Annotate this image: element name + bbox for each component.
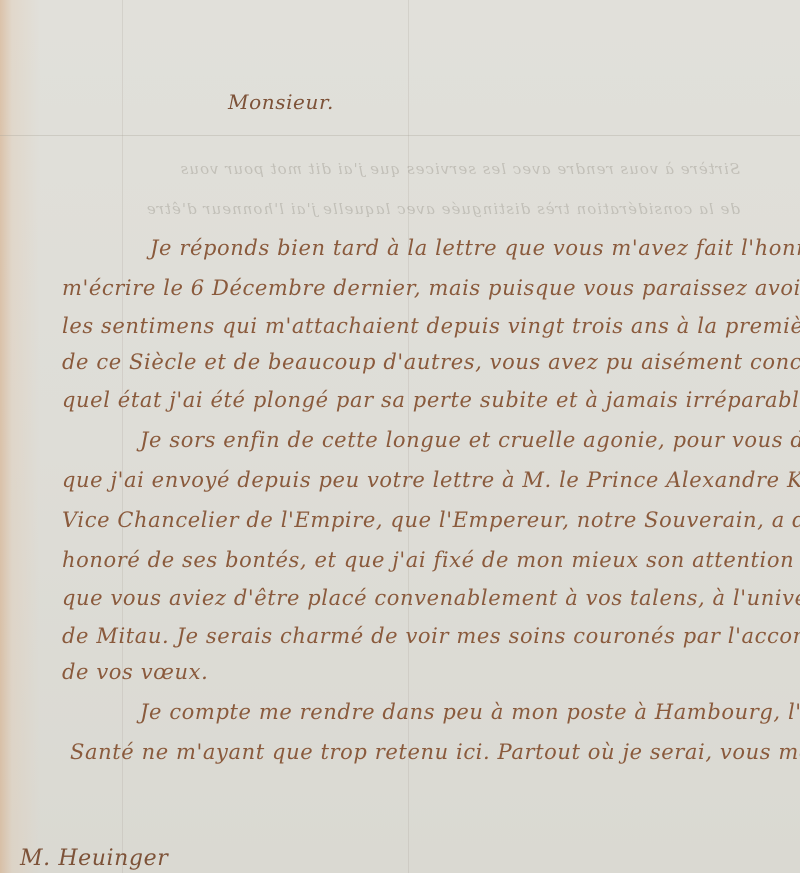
body-line: m'écrire le 6 Décembre dernier, mais pui… bbox=[62, 276, 800, 300]
body-line: Je compte me rendre dans peu à mon poste… bbox=[140, 700, 800, 724]
body-line: Santé ne m'ayant que trop retenu ici. Pa… bbox=[70, 740, 800, 764]
body-line: que vous aviez d'être placé convenableme… bbox=[62, 586, 800, 610]
body-line: de ce Siècle et de beaucoup d'autres, vo… bbox=[62, 350, 800, 374]
body-line: de Mitau. Je serais charmé de voir mes s… bbox=[62, 624, 800, 648]
body-line: Je sors enfin de cette longue et cruelle… bbox=[140, 428, 800, 452]
body-line: honoré de ses bontés, et que j'ai fixé d… bbox=[62, 548, 800, 572]
manuscript-page: Sirtère à vous rendre avec les services … bbox=[0, 0, 800, 873]
body-line: de vos vœux. bbox=[62, 660, 208, 684]
body-line: Vice Chancelier de l'Empire, que l'Emper… bbox=[62, 508, 800, 532]
paper-fold-line bbox=[0, 135, 800, 136]
salutation: Monsieur. bbox=[228, 90, 334, 114]
addressee: M. Heuinger bbox=[20, 846, 168, 871]
body-line: les sentimens qui m'attachaient depuis v… bbox=[62, 314, 800, 338]
body-line: que j'ai envoyé depuis peu votre lettre … bbox=[62, 468, 800, 492]
body-line: quel état j'ai été plongé par sa perte s… bbox=[62, 388, 800, 412]
bleed-through-text: de la considération très distinguée avec… bbox=[0, 200, 800, 218]
body-line: Je réponds bien tard à la lettre que vou… bbox=[150, 236, 800, 260]
bleed-through-text: Sirtère à vous rendre avec les services … bbox=[0, 160, 800, 178]
